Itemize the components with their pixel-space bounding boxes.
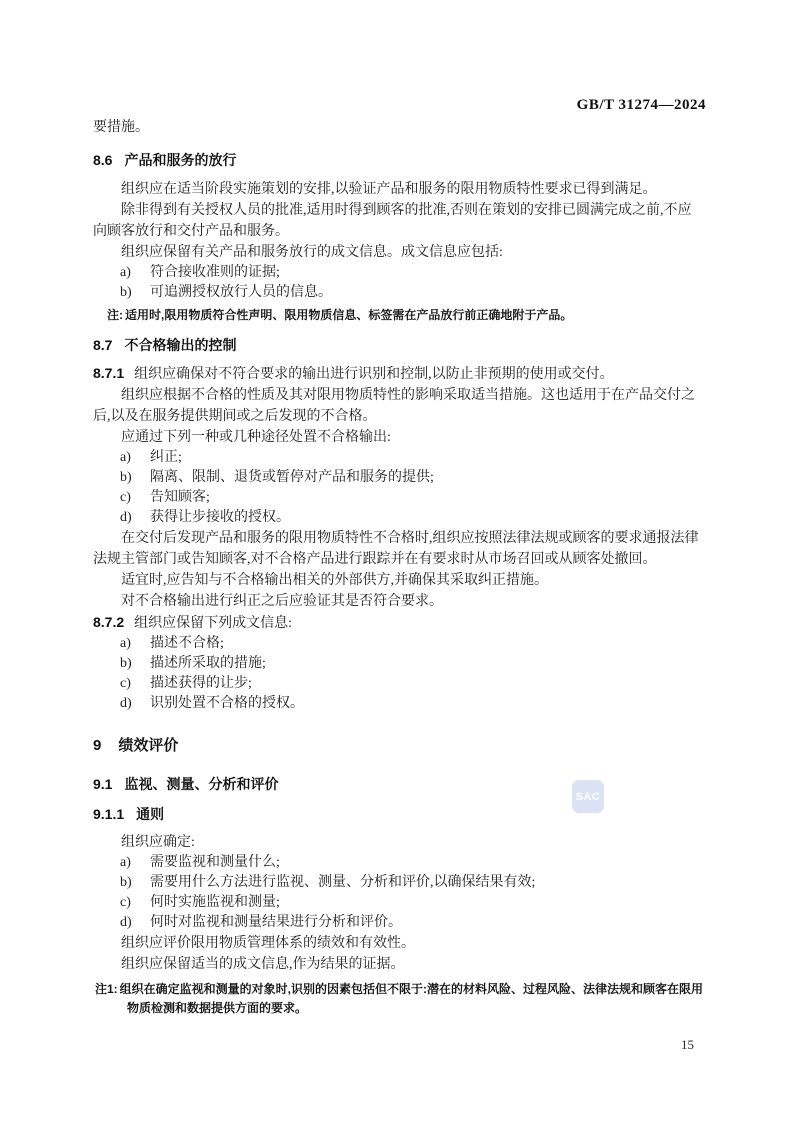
list-9-1-1: a)需要监视和测量什么; b)需要用什么方法进行监视、测量、分析和评价,以确保结… — [93, 853, 705, 933]
list-item-a: a)需要监视和测量什么; — [120, 853, 705, 873]
note-9-1-1: 注1:组织在确定监视和测量的对象时,识别的因素包括但不限于:潜在的材料风险、过程… — [95, 980, 705, 1018]
list-item-text: 需要用什么方法进行监视、测量、分析和评价,以确保结果有效; — [150, 875, 535, 890]
paragraph: 组织应保留适当的成文信息,作为结果的证据。 — [93, 954, 705, 975]
heading-8-6: 8.6产品和服务的放行 — [93, 150, 705, 170]
list-item-a: a)符合接收准则的证据; — [120, 263, 705, 283]
paragraph: 对不合格输出进行纠正之后应验证其是否符合要求。 — [93, 591, 705, 612]
heading-9: 9绩效评价 — [93, 736, 705, 756]
list-item-c: c)何时实施监视和测量; — [120, 893, 705, 913]
page-number: 15 — [681, 1037, 694, 1053]
list-item-label: b) — [120, 468, 150, 488]
list-item-a: a)纠正; — [120, 448, 705, 468]
note-label: 注: — [107, 308, 123, 322]
list-item-label: a) — [120, 634, 150, 654]
list-item-d: d)何时对监视和测量结果进行分析和评价。 — [120, 913, 705, 933]
list-item-text: 何时对监视和测量结果进行分析和评价。 — [150, 915, 402, 930]
heading-number: 9.1.1 — [93, 804, 124, 824]
heading-number: 9 — [93, 736, 101, 756]
sac-watermark-logo: SAC — [572, 780, 604, 813]
list-item-text: 识别处置不合格的授权。 — [150, 696, 304, 711]
list-item-text: 符合接收准则的证据; — [150, 265, 280, 280]
heading-9-1: 9.1监视、测量、分析和评价 — [93, 774, 705, 794]
list-8-6: a)符合接收准则的证据; b)可追溯授权放行人员的信息。 — [93, 263, 705, 303]
heading-number: 9.1 — [93, 774, 112, 794]
list-item-label: c) — [120, 674, 150, 694]
clause-8-7-2: 8.7.2组织应保留下列成文信息: — [93, 612, 705, 634]
note-text: 适用时,限用物质符合性声明、限用物质信息、标签需在产品放行前正确地附于产品。 — [125, 308, 572, 322]
paragraph: 除非得到有关授权人员的批准,适用时得到顾客的批准,否则在策划的安排已圆满完成之前… — [93, 200, 705, 242]
paragraph: 组织应确定: — [93, 832, 705, 853]
paragraph: 在交付后发现产品和服务的限用物质特性不合格时,组织应按照法律法规或顾客的要求通报… — [93, 528, 705, 570]
list-8-7: a)纠正; b)隔离、限制、退货或暂停对产品和服务的提供; c)告知顾客; d)… — [93, 448, 705, 528]
paragraph-continuation: 要措施。 — [93, 117, 705, 138]
list-item-b: b)需要用什么方法进行监视、测量、分析和评价,以确保结果有效; — [120, 873, 705, 893]
heading-8-7: 8.7不合格输出的控制 — [93, 335, 705, 355]
clause-text: 组织应确保对不符合要求的输出进行识别和控制,以防止非预期的使用或交付。 — [134, 367, 614, 382]
note-text: 组织在确定监视和测量的对象时,识别的因素包括但不限于:潜在的材料风险、过程风险、… — [120, 982, 703, 1015]
clause-number: 8.7.2 — [93, 612, 124, 633]
list-item-d: d)识别处置不合格的授权。 — [120, 694, 705, 714]
list-item-text: 描述所采取的措施; — [150, 656, 266, 671]
list-item-label: b) — [120, 283, 150, 303]
heading-number: 8.7 — [93, 335, 112, 355]
note-8-6: 注:适用时,限用物质符合性声明、限用物质信息、标签需在产品放行前正确地附于产品。 — [107, 306, 705, 325]
list-item-label: d) — [120, 508, 150, 528]
paragraph: 应通过下列一种或几种途径处置不合格输出: — [93, 427, 705, 448]
clause-number: 8.7.1 — [93, 363, 124, 384]
heading-title: 不合格输出的控制 — [124, 337, 236, 353]
heading-title: 通则 — [136, 806, 164, 822]
list-item-label: a) — [120, 853, 150, 873]
list-item-text: 纠正; — [150, 450, 182, 465]
list-item-text: 需要监视和测量什么; — [150, 855, 280, 870]
list-item-label: c) — [120, 488, 150, 508]
paragraph: 组织应在适当阶段实施策划的安排,以验证产品和服务的限用物质特性要求已得到满足。 — [93, 179, 705, 200]
paragraph: 适宜时,应告知与不合格输出相关的外部供方,并确保其采取纠正措施。 — [93, 570, 705, 591]
list-item-a: a)描述不合格; — [120, 634, 705, 654]
list-item-c: c)告知顾客; — [120, 488, 705, 508]
list-item-b: b)隔离、限制、退货或暂停对产品和服务的提供; — [120, 468, 705, 488]
document-page: GB/T 31274—2024 要措施。 8.6产品和服务的放行 组织应在适当阶… — [0, 0, 794, 1123]
heading-9-1-1: 9.1.1通则 — [93, 804, 705, 824]
list-item-label: a) — [120, 448, 150, 468]
sac-watermark-label: SAC — [576, 791, 601, 803]
list-item-label: b) — [120, 654, 150, 674]
list-item-label: d) — [120, 694, 150, 714]
list-item-b: b)描述所采取的措施; — [120, 654, 705, 674]
list-item-text: 隔离、限制、退货或暂停对产品和服务的提供; — [150, 470, 434, 485]
doc-code: GB/T 31274—2024 — [577, 97, 706, 114]
list-item-label: d) — [120, 913, 150, 933]
clause-text: 组织应保留下列成文信息: — [134, 616, 292, 631]
note-label: 注1: — [95, 982, 118, 996]
list-item-label: c) — [120, 893, 150, 913]
heading-title: 监视、测量、分析和评价 — [124, 776, 278, 792]
heading-title: 产品和服务的放行 — [124, 152, 236, 168]
list-item-label: a) — [120, 263, 150, 283]
list-item-d: d)获得让步接收的授权。 — [120, 508, 705, 528]
paragraph: 组织应保留有关产品和服务放行的成文信息。成文信息应包括: — [93, 242, 705, 263]
paragraph: 组织应评价限用物质管理体系的绩效和有效性。 — [93, 933, 705, 954]
list-item-text: 获得让步接收的授权。 — [150, 510, 290, 525]
list-item-text: 描述不合格; — [150, 636, 224, 651]
clause-8-7-1: 8.7.1组织应确保对不符合要求的输出进行识别和控制,以防止非预期的使用或交付。 — [93, 363, 705, 385]
list-item-c: c)描述获得的让步; — [120, 674, 705, 694]
list-item-label: b) — [120, 873, 150, 893]
list-item-text: 何时实施监视和测量; — [150, 895, 280, 910]
heading-title: 绩效评价 — [118, 737, 178, 754]
paragraph: 组织应根据不合格的性质及其对限用物质特性的影响采取适当措施。这也适用于在产品交付… — [93, 385, 705, 427]
list-item-text: 告知顾客; — [150, 490, 210, 505]
heading-number: 8.6 — [93, 150, 112, 170]
list-item-text: 描述获得的让步; — [150, 676, 252, 691]
list-item-text: 可追溯授权放行人员的信息。 — [150, 285, 332, 300]
list-item-b: b)可追溯授权放行人员的信息。 — [120, 283, 705, 303]
list-8-7-2: a)描述不合格; b)描述所采取的措施; c)描述获得的让步; d)识别处置不合… — [93, 634, 705, 714]
